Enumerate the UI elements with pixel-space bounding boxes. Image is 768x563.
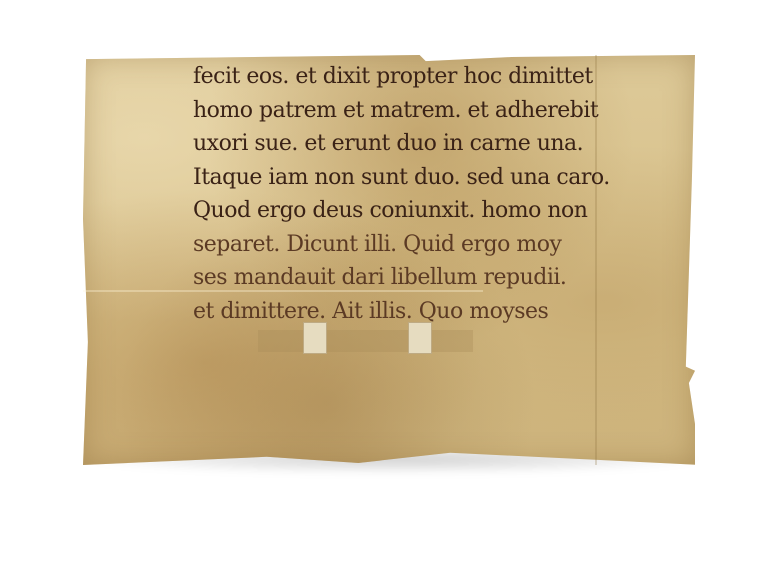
manuscript-text: fecit eos. et dixit propter hoc dimittet… — [193, 60, 603, 328]
binding-strip — [258, 330, 473, 352]
text-line-2: homo patrem et matrem. et adherebit — [193, 94, 603, 128]
text-line-1: fecit eos. et dixit propter hoc dimittet — [193, 60, 603, 94]
text-line-3: uxori sue. et erunt duo in carne una. — [193, 127, 603, 161]
text-line-4: Itaque iam non sunt duo. sed una caro. — [193, 161, 603, 195]
text-line-6: separet. Dicunt illi. Quid ergo moy — [193, 228, 603, 262]
text-line-7: ses mandauit dari libellum repudii. — [193, 261, 603, 295]
text-line-5: Quod ergo deus coniunxit. homo non — [193, 194, 603, 228]
text-line-8: et dimittere. Ait illis. Quo moyses — [193, 295, 603, 329]
